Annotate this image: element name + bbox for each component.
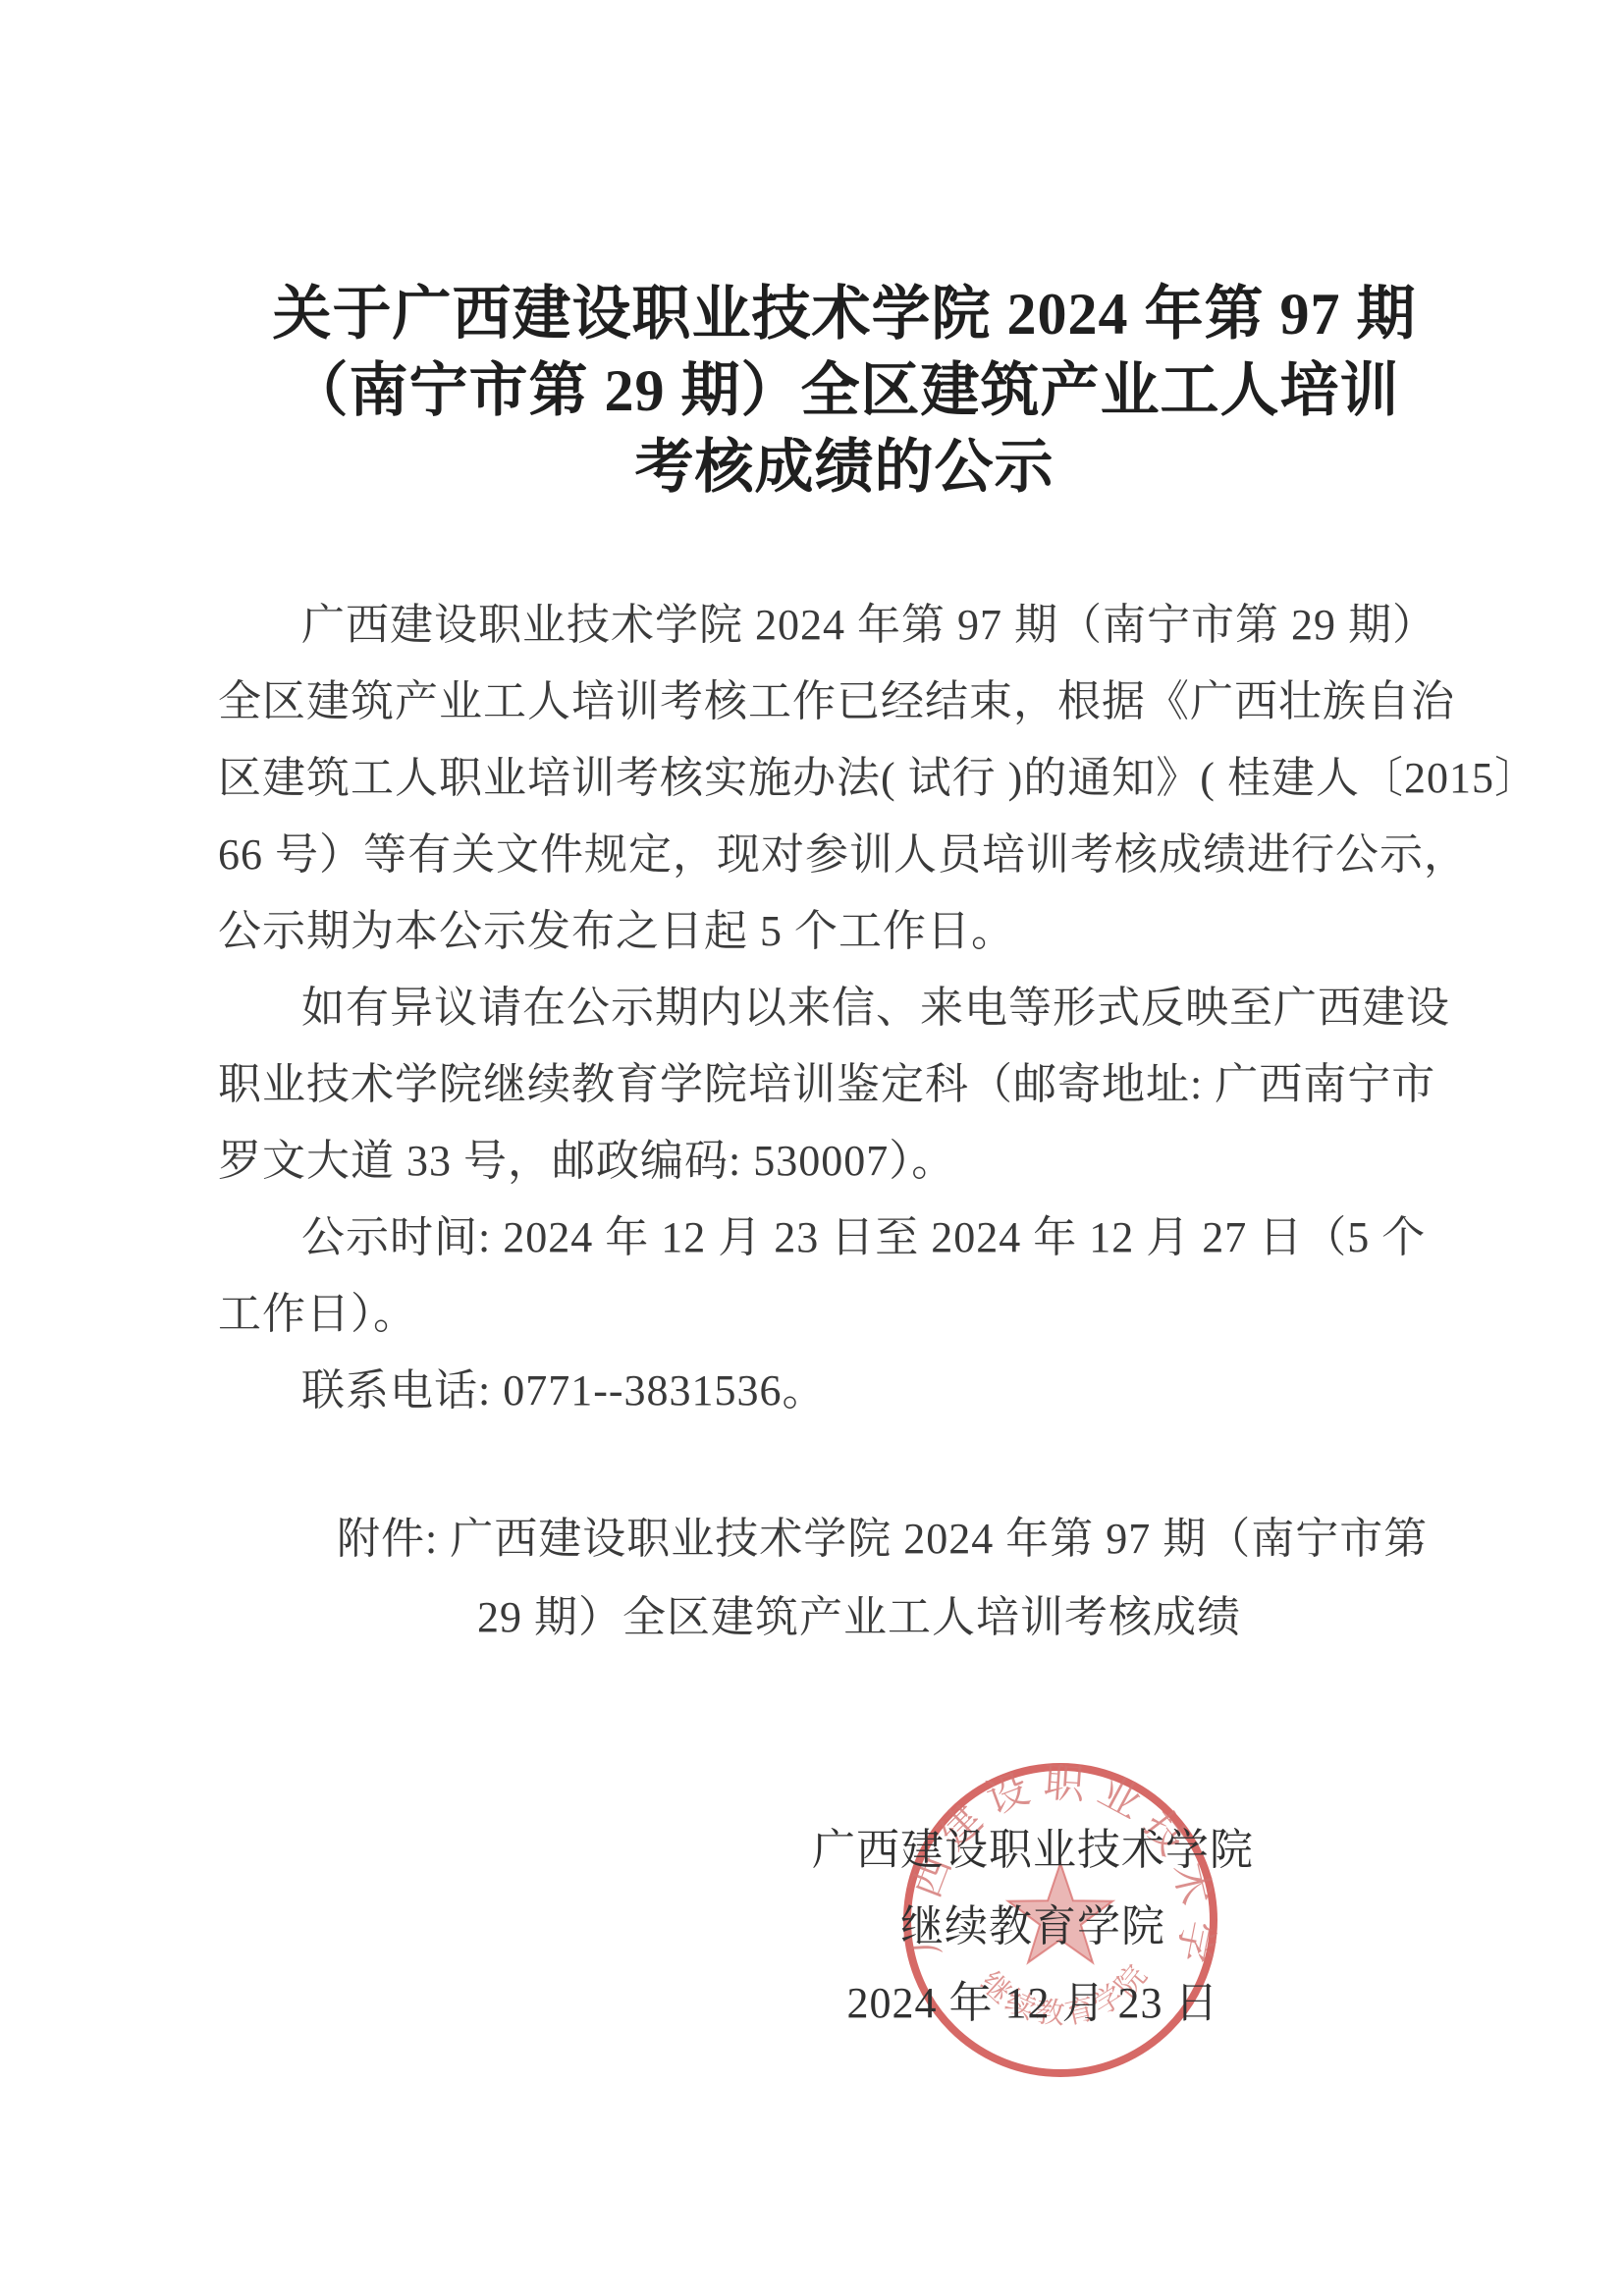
body-line: 联系电话: 0771--3831536。 <box>218 1353 1455 1429</box>
document-page: 关于广西建设职业技术学院 2024 年第 97 期 （南宁市第 29 期）全区建… <box>0 0 1622 2296</box>
body-line: 66 号）等有关文件规定，现对参训人员培训考核成绩进行公示， <box>218 817 1455 893</box>
signature-date-line: 2024 年 12 月 23 日 <box>738 1965 1327 2042</box>
body-line: 职业技术学院继续教育学院培训鉴定科（邮寄地址: 广西南宁市 <box>218 1046 1455 1123</box>
body-line: 公示期为本公示发布之日起 5 个工作日。 <box>218 893 1455 970</box>
signature-block: 广西建设职业技术学院 继续教育学院 2024 年 12 月 23 日 <box>738 1812 1327 2042</box>
document-body: 广西建设职业技术学院 2024 年第 97 期（南宁市第 29 期） 全区建筑产… <box>218 587 1455 1429</box>
title-line: 考核成绩的公示 <box>196 429 1492 506</box>
signature-org-line: 广西建设职业技术学院 <box>738 1812 1327 1889</box>
body-line: 工作日）。 <box>218 1276 1455 1353</box>
document-title: 关于广西建设职业技术学院 2024 年第 97 期 （南宁市第 29 期）全区建… <box>196 276 1492 506</box>
body-line: 罗文大道 33 号，邮政编码: 530007）。 <box>218 1123 1455 1200</box>
attachment-section: 附件: 广西建设职业技术学院 2024 年第 97 期（南宁市第 29 期）全区… <box>218 1500 1455 1657</box>
body-line: 全区建筑产业工人培训考核工作已经结束，根据《广西壮族自治 <box>218 664 1455 740</box>
title-line: （南宁市第 29 期）全区建筑产业工人培训 <box>196 352 1492 429</box>
attachment-line: 29 期）全区建筑产业工人培训考核成绩 <box>218 1578 1455 1657</box>
body-line: 如有异议请在公示期内以来信、来电等形式反映至广西建设 <box>218 970 1455 1046</box>
attachment-line: 附件: 广西建设职业技术学院 2024 年第 97 期（南宁市第 <box>218 1500 1455 1578</box>
signature-dept-line: 继续教育学院 <box>738 1889 1327 1965</box>
body-line: 广西建设职业技术学院 2024 年第 97 期（南宁市第 29 期） <box>218 587 1455 664</box>
body-line: 区建筑工人职业培训考核实施办法( 试行 )的通知》( 桂建人〔2015〕 <box>218 740 1455 817</box>
body-line: 公示时间: 2024 年 12 月 23 日至 2024 年 12 月 27 日… <box>218 1200 1455 1276</box>
title-line: 关于广西建设职业技术学院 2024 年第 97 期 <box>196 276 1492 352</box>
